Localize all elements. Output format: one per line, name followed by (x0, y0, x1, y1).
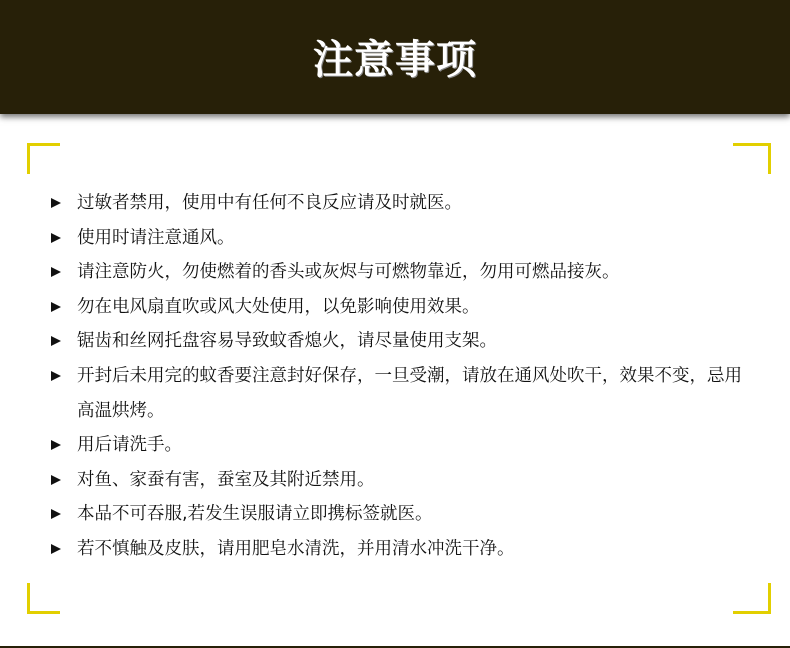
triangle-right-icon (51, 336, 61, 346)
triangle-right-icon (51, 371, 61, 381)
notice-text: 本品不可吞服,若发生误服请立即携标签就医。 (77, 504, 433, 524)
notice-text: 若不慎触及皮肤，请用肥皂水清洗，并用清水冲洗干净。 (77, 539, 515, 559)
notice-text: 过敏者禁用，使用中有任何不良反应请及时就医。 (77, 193, 462, 213)
notice-text: 对鱼、家蚕有害，蚕室及其附近禁用。 (77, 470, 375, 490)
notice-item: 勿在电风扇直吹或风大处使用，以免影响使用效果。 (0, 290, 790, 325)
corner-bracket-top-left-icon (27, 143, 60, 174)
triangle-right-icon (51, 302, 61, 312)
notice-item: 对鱼、家蚕有害，蚕室及其附近禁用。 (0, 463, 790, 498)
notice-text: 锯齿和丝网托盘容易导致蚊香熄火，请尽量使用支架。 (77, 331, 497, 351)
notice-text: 开封后未用完的蚊香要注意封好保存，一旦受潮，请放在通风处吹干，效果不变，忌用高温… (77, 366, 742, 421)
notice-item: 过敏者禁用，使用中有任何不良反应请及时就医。 (0, 186, 790, 221)
notice-item: 锯齿和丝网托盘容易导致蚊香熄火，请尽量使用支架。 (0, 324, 790, 359)
triangle-right-icon (51, 544, 61, 554)
corner-bracket-bottom-right-icon (733, 583, 771, 614)
notice-list: 过敏者禁用，使用中有任何不良反应请及时就医。 使用时请注意通风。 请注意防火，勿… (0, 186, 790, 567)
triangle-right-icon (51, 475, 61, 485)
notice-text: 勿在电风扇直吹或风大处使用，以免影响使用效果。 (77, 297, 480, 317)
notice-text: 请注意防火，勿使燃着的香头或灰烬与可燃物靠近，勿用可燃品接灰。 (77, 262, 620, 282)
notice-item: 请注意防火，勿使燃着的香头或灰烬与可燃物靠近，勿用可燃品接灰。 (0, 255, 790, 290)
triangle-right-icon (51, 198, 61, 208)
notice-item: 若不慎触及皮肤，请用肥皂水清洗，并用清水冲洗干净。 (0, 532, 790, 567)
corner-bracket-bottom-left-icon (27, 583, 60, 614)
triangle-right-icon (51, 440, 61, 450)
notice-item: 本品不可吞服,若发生误服请立即携标签就医。 (0, 497, 790, 532)
notice-text: 用后请洗手。 (77, 435, 182, 455)
page-title: 注意事项 (313, 28, 477, 85)
notice-text: 使用时请注意通风。 (77, 228, 235, 248)
corner-bracket-top-right-icon (733, 143, 771, 174)
notice-item: 开封后未用完的蚊香要注意封好保存，一旦受潮，请放在通风处吹干，效果不变，忌用高温… (0, 359, 790, 428)
notice-item: 用后请洗手。 (0, 428, 790, 463)
triangle-right-icon (51, 233, 61, 243)
notice-item: 使用时请注意通风。 (0, 221, 790, 256)
header-banner: 注意事项 (0, 0, 790, 114)
triangle-right-icon (51, 509, 61, 519)
triangle-right-icon (51, 267, 61, 277)
